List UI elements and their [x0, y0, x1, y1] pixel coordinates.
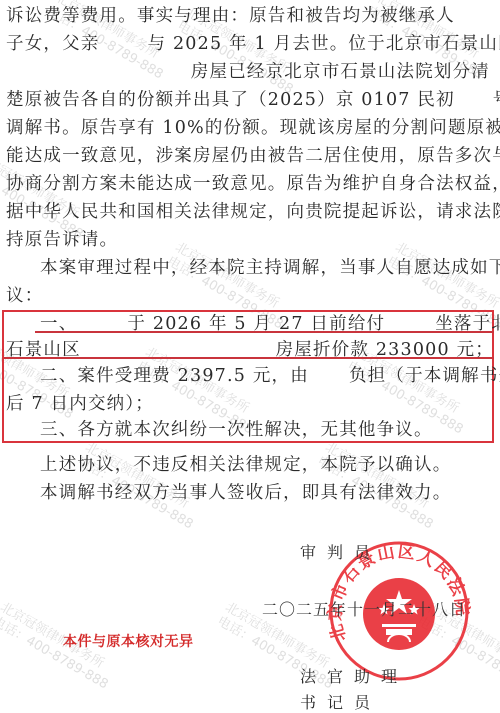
agreement-item-3: 三、各方就本次纠纷一次性解决，无其他争议。: [40, 417, 433, 443]
paragraph-line: 持原告诉请。: [6, 227, 118, 253]
paragraph-line: 协商分割方案未能达成一致意见。原告为维护自身合法权益，根: [6, 171, 500, 197]
paragraph-line: 房屋已经京北京市石景山法院划分清: [191, 59, 490, 85]
document-page: 北京冠领律师事务所电话：400-8789-888 北京冠领律师事务所电话：400…: [0, 0, 500, 713]
paragraph-line: 本案审理过程中，经本院主持调解，当事人自愿达成如下协: [40, 255, 500, 281]
paragraph-line: 诉讼费等费用。事实与理由：原告和被告均为被继承人的: [6, 3, 500, 29]
agreement-item-1-amount: 房屋折价款 233000 元；: [276, 337, 494, 363]
paragraph-line: 议：: [6, 283, 43, 309]
clerk-label: 书记员: [300, 690, 381, 713]
agreement-item-1-cont: 石景山区: [6, 337, 81, 363]
certification-stamp: 本件与原本核对无异: [63, 631, 194, 651]
paragraph-line: 调解书。原告享有 10%的份额。现就该房屋的分割问题原被告未: [6, 115, 500, 141]
paragraph-line: 楚原被告各自的份额并出具了（2025）京 0107 民初号民事: [6, 87, 500, 113]
document-date: 二〇二五年十一月二十八日: [262, 597, 466, 620]
agreement-item-2-cont: 后 7 日内交纳）；: [6, 391, 154, 417]
closing-line: 本调解书经双方当事人签收后，即具有法律效力。: [40, 480, 451, 506]
closing-line: 上述协议，不违反相关法律规定，本院予以确认。: [40, 452, 451, 478]
judge-label: 审判员: [300, 540, 381, 563]
judge-assistant-label: 法官助理: [300, 664, 408, 687]
paragraph-line: 能达成一致意见，涉案房屋仍由被告二居住使用，原告多次与之: [6, 143, 500, 169]
agreement-item-1: 一、于 2026 年 5 月 27 日前给付坐落于北京市: [40, 311, 500, 337]
paragraph-line: 子女，父亲与 2025 年 1 月去世。位于北京市石景山区: [6, 31, 500, 57]
paragraph-line: 据中华人民共和国相关法律规定，向贵院提起诉讼，请求法院支: [6, 199, 500, 225]
agreement-item-2: 二、案件受理费 2397.5 元，由负担（于本调解书生效: [40, 363, 500, 389]
